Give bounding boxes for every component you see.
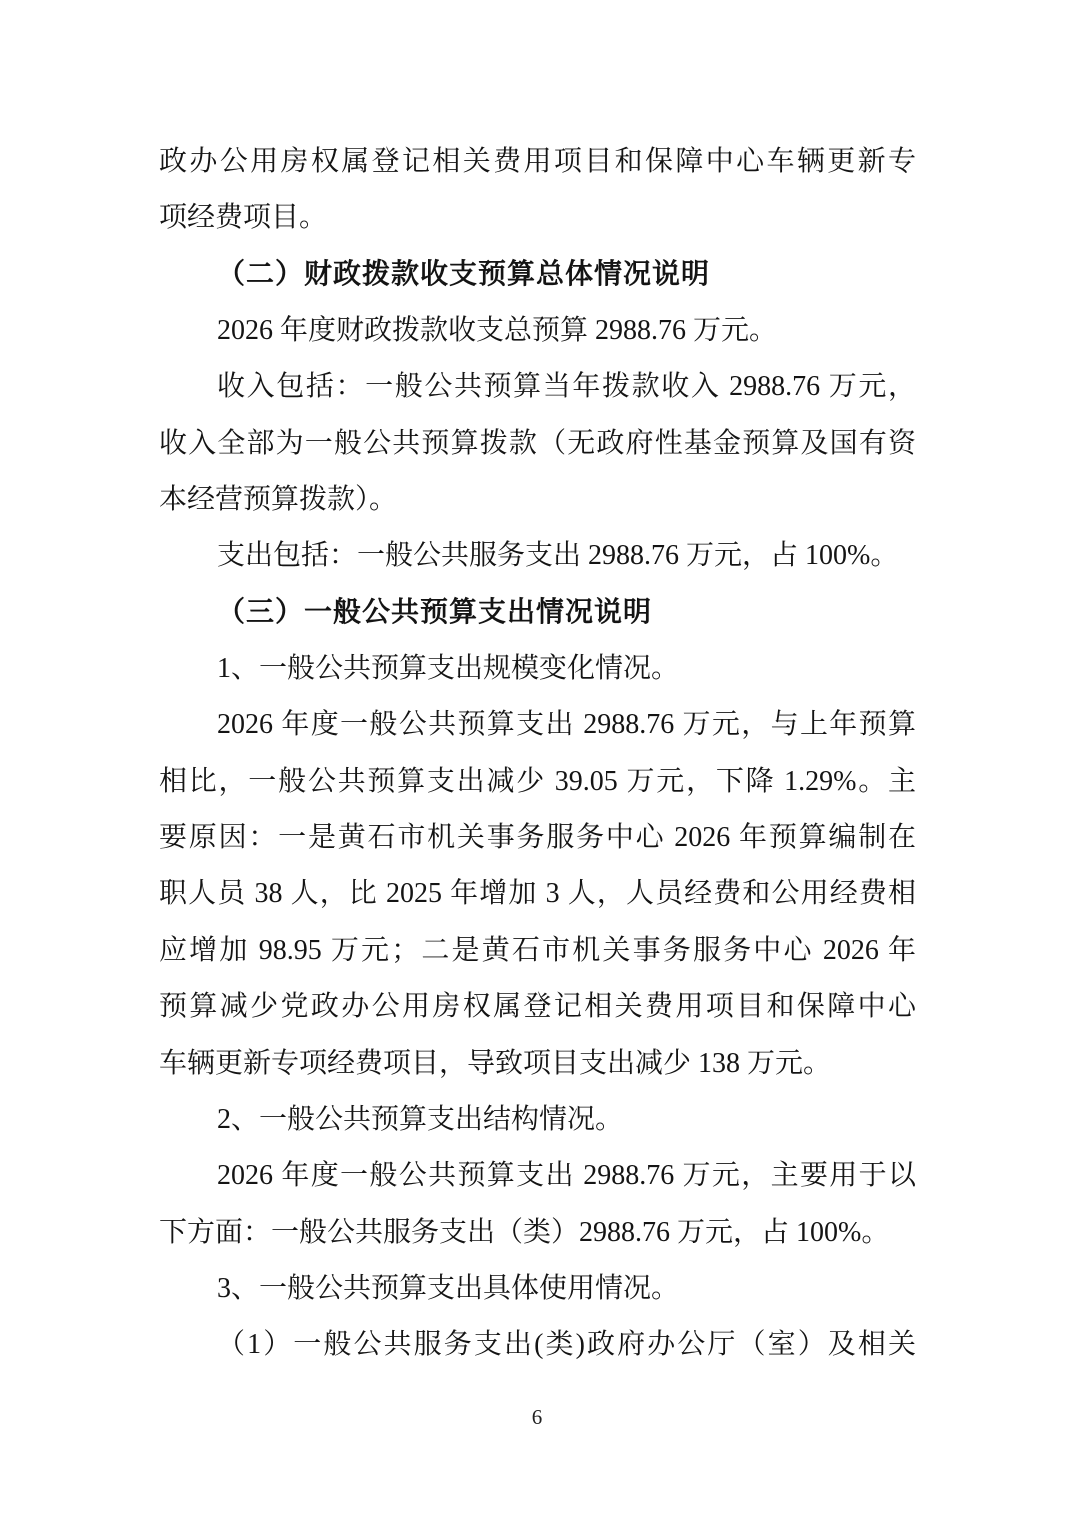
text-line: 收入包括：一般公共预算当年拨款收入 2988.76 万元， (159, 359, 916, 415)
text-line: 职人员 38 人，比 2025 年增加 3 人，人员经费和公用经费相 (159, 866, 916, 922)
text-line: 下方面：一般公共服务支出（类）2988.76 万元，占 100%。 (159, 1205, 916, 1261)
text-line: 车辆更新专项经费项目，导致项目支出减少 138 万元。 (159, 1036, 916, 1092)
text-line: 预算减少党政办公用房权属登记相关费用项目和保障中心 (159, 979, 916, 1035)
document-body: 政办公用房权属登记相关费用项目和保障中心车辆更新专项经费项目。（二）财政拨款收支… (159, 134, 916, 1374)
text-line: 本经营预算拨款）。 (159, 472, 916, 528)
text-line: 要原因：一是黄石市机关事务服务中心 2026 年预算编制在 (159, 810, 916, 866)
section-heading: （三）一般公共预算支出情况说明 (159, 585, 916, 641)
text-line: （1）一般公共服务支出(类)政府办公厅（室）及相关 (159, 1317, 916, 1373)
document-page: 政办公用房权属登记相关费用项目和保障中心车辆更新专项经费项目。（二）财政拨款收支… (0, 0, 1074, 1520)
text-line: 3、一般公共预算支出具体使用情况。 (159, 1261, 916, 1317)
text-line: 2026 年度财政拨款收支总预算 2988.76 万元。 (159, 303, 916, 359)
text-line: 2026 年度一般公共预算支出 2988.76 万元，与上年预算 (159, 697, 916, 753)
text-line: 2、一般公共预算支出结构情况。 (159, 1092, 916, 1148)
text-line: 应增加 98.95 万元；二是黄石市机关事务服务中心 2026 年 (159, 923, 916, 979)
text-line: 政办公用房权属登记相关费用项目和保障中心车辆更新专 (159, 134, 916, 190)
page-number: 6 (0, 1402, 1074, 1432)
text-line: 相比，一般公共预算支出减少 39.05 万元，下降 1.29%。主 (159, 754, 916, 810)
text-line: 项经费项目。 (159, 190, 916, 246)
section-heading: （二）财政拨款收支预算总体情况说明 (159, 247, 916, 303)
text-line: 收入全部为一般公共预算拨款（无政府性基金预算及国有资 (159, 416, 916, 472)
text-line: 1、一般公共预算支出规模变化情况。 (159, 641, 916, 697)
text-line: 2026 年度一般公共预算支出 2988.76 万元，主要用于以 (159, 1148, 916, 1204)
text-line: 支出包括：一般公共服务支出 2988.76 万元，占 100%。 (159, 528, 916, 584)
